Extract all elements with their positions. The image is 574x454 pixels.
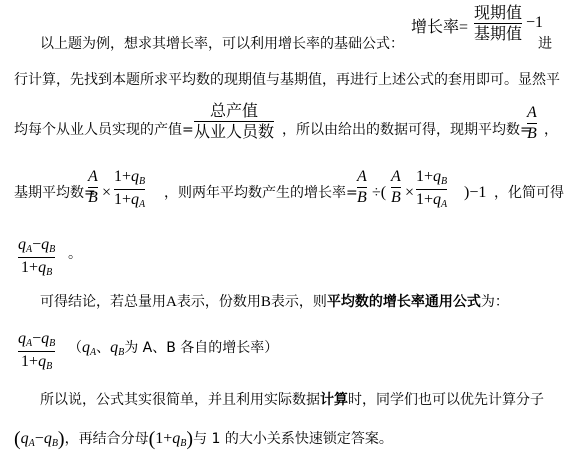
numerator-current-value: 现期值 [474, 4, 522, 22]
note-text: 为 A、B 各自的增长率） [124, 340, 278, 356]
q-symbol: q [433, 191, 441, 208]
q-symbol: q [82, 339, 90, 356]
formula-growth-rate-lhs: 增长率= [411, 14, 468, 37]
numerator-A: A [88, 168, 98, 186]
denominator-base-value: 基期值 [474, 25, 522, 43]
minus-sign: − [32, 236, 41, 253]
paragraph-3-middle: ，则两年平均数产生的增长率= [164, 185, 358, 201]
q-symbol: q [41, 236, 49, 253]
fraction-bar [114, 189, 145, 190]
fraction-bar [18, 351, 55, 352]
paragraph-8: (qA−qB)，再结合分母(1+qB)与 1 的大小关系快速锁定答案。 [14, 429, 393, 449]
paragraph-2-line-1: 行计算，先找到本题所求平均数的现期值与基期值，再进行上述公式的套用即可。显然平 [14, 72, 560, 88]
equals-sign: = [459, 19, 468, 36]
denominator-1-plus-qB: 1+qB [21, 353, 52, 373]
subscript-B: B [49, 338, 55, 349]
p5-prefix: 可得结论，若总量用 [40, 294, 166, 310]
q-symbol: q [110, 339, 118, 356]
fraction-1plusqB-over-1plusqA: 1+qB 1+qA [114, 168, 145, 211]
close-paren: ) [186, 428, 193, 450]
numerator-total-output: 总产值 [210, 102, 258, 120]
separator: 、 [96, 340, 110, 356]
paragraph-2-line-2-prefix: 均每个从业人员实现的产值= [14, 122, 194, 138]
period: 。 [68, 246, 82, 262]
q-symbol: q [41, 330, 49, 347]
divide-open-paren: ÷( [372, 184, 386, 202]
numerator-1-plus-qB: 1+qB [416, 168, 447, 188]
minus-sign: − [32, 330, 41, 347]
one-plus: 1+ [155, 430, 172, 447]
subscript-A: A [26, 244, 32, 255]
p7-prefix: 所以说，公式其实很简单，并且利用实际数据 [40, 392, 320, 408]
formula-note: （qA、qB为 A、B 各自的增长率） [68, 340, 278, 358]
subscript-B: B [441, 176, 447, 187]
p5-middle-1: 表示，份数用 [177, 294, 261, 310]
paragraph-2-line-2-middle: ，所以由给出的数据可得，现期平均数= [282, 122, 532, 138]
denominator-employees: 从业人员数 [194, 123, 274, 141]
fraction-bar [416, 189, 447, 190]
one-plus: 1+ [21, 353, 38, 370]
numerator-A: A [527, 104, 537, 122]
one-plus: 1+ [114, 191, 131, 208]
denominator-1-plus-qB: 1+qB [21, 259, 52, 279]
minus-sign: − [35, 430, 44, 447]
fraction-bar [357, 187, 367, 188]
open-paren: （ [68, 340, 82, 356]
numerator-1-plus-qB: 1+qB [114, 168, 145, 188]
p5-middle-2: 表示，则 [271, 294, 327, 310]
q-symbol: q [38, 259, 46, 276]
fraction-total-output-over-employees: 总产值 从业人员数 [194, 102, 274, 141]
p8-middle-2: 与 1 的大小关系快速锁定答案。 [193, 431, 393, 447]
denominator-1-plus-qA: 1+qA [416, 191, 447, 211]
one-plus: 1+ [21, 259, 38, 276]
fraction-1plusqB-over-1plusqA-2: 1+qB 1+qA [416, 168, 447, 211]
one-plus: 1+ [416, 168, 433, 185]
subscript-A: A [29, 438, 35, 449]
subscript-A: A [139, 199, 145, 210]
fraction-current-over-base: 现期值 基期值 [474, 4, 522, 43]
result-fraction: qA−qB 1+qB [18, 236, 55, 279]
paragraph-3-end: ，化简可得 [494, 185, 564, 201]
bold-calculate: 计算 [320, 392, 348, 408]
general-formula-fraction: qA−qB 1+qB [18, 330, 55, 373]
fraction-bar [18, 257, 55, 258]
denominator-B: B [357, 189, 367, 207]
denominator-1-plus-qA: 1+qA [114, 191, 145, 211]
fraction-bar [88, 187, 98, 188]
paragraph-5: 可得结论，若总量用A表示，份数用B表示，则平均数的增长率通用公式为： [40, 294, 509, 310]
numerator-qA-minus-qB: qA−qB [18, 236, 55, 256]
p7-end: 时，同学们也可以优先计算分子 [348, 392, 544, 408]
bold-general-formula: 平均数的增长率通用公式 [327, 294, 481, 310]
subscript-B: B [46, 267, 52, 278]
one-plus: 1+ [114, 168, 131, 185]
fraction-bar [527, 123, 537, 124]
q-symbol: q [18, 236, 26, 253]
times-sign: × [405, 184, 414, 202]
p8-middle-1: ，再结合分母 [65, 431, 149, 447]
numerator-A: A [391, 168, 401, 186]
q-symbol: q [21, 430, 29, 447]
denominator-B: B [527, 125, 537, 143]
formula-lhs-label: 增长率 [411, 17, 459, 36]
numerator-A: A [357, 168, 367, 186]
close-paren-minus-one: )−1 [464, 184, 486, 202]
subscript-A: A [441, 199, 447, 210]
comma: ， [544, 122, 558, 138]
numerator-qA-minus-qB: qA−qB [18, 330, 55, 350]
paragraph-1-continuation: 进 [538, 36, 552, 52]
subscript-A: A [90, 347, 96, 358]
q-symbol: q [38, 353, 46, 370]
subscript-B: B [139, 176, 145, 187]
fraction-A-over-B-3: A B [391, 168, 401, 207]
fraction-A-over-B-current: A B [527, 104, 537, 143]
subscript-A: A [26, 338, 32, 349]
fraction-A-over-B-2: A B [357, 168, 367, 207]
fraction-bar [391, 187, 401, 188]
p5-end: 为： [481, 294, 509, 310]
letter-A: A [166, 294, 177, 310]
letter-B: B [261, 294, 271, 310]
q-symbol: q [18, 330, 26, 347]
times-sign: × [102, 184, 111, 202]
open-paren: ( [149, 428, 156, 450]
subscript-B: B [49, 244, 55, 255]
q-symbol: q [131, 191, 139, 208]
subscript-B: B [52, 438, 58, 449]
q-symbol: q [131, 168, 139, 185]
paragraph-7: 所以说，公式其实很简单，并且利用实际数据计算时，同学们也可以优先计算分子 [40, 392, 544, 408]
one-plus: 1+ [416, 191, 433, 208]
open-paren: ( [14, 428, 21, 450]
paragraph-1-text: 以上题为例，想求其增长率，可以利用增长率的基础公式： [40, 36, 404, 52]
q-symbol: q [44, 430, 52, 447]
fraction-A-over-B: A B [88, 168, 98, 207]
denominator-B: B [391, 189, 401, 207]
denominator-B: B [88, 189, 98, 207]
close-paren: ) [58, 428, 65, 450]
formula-minus-one: −1 [526, 14, 543, 32]
paragraph-3-prefix: 基期平均数= [14, 185, 96, 201]
subscript-B: B [46, 361, 52, 372]
q-symbol: q [433, 168, 441, 185]
subscript-B: B [118, 347, 124, 358]
